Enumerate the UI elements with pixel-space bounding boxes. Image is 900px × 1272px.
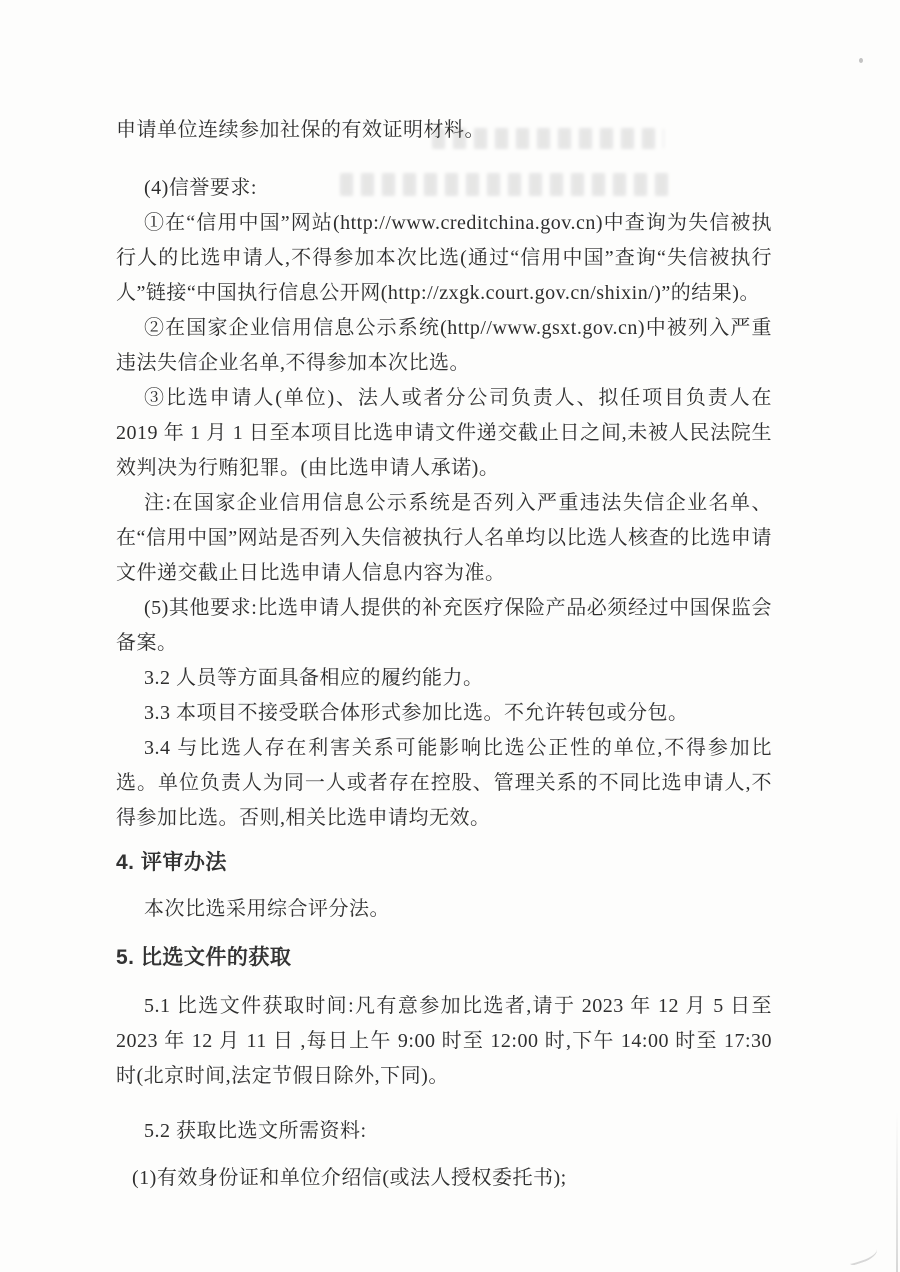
paragraph-evaluation-method: 本次比选采用综合评分法。 [116,892,772,927]
paragraph-clause-5-1: 5.1 比选文件获取时间:凡有意参加比选者,请于 2023 年 12 月 5 日… [116,989,772,1094]
paragraph-clause-5-2-item-1: (1)有效身份证和单位介绍信(或法人授权委托书); [116,1161,772,1196]
heading-5-document-acquisition: 5. 比选文件的获取 [116,943,772,973]
paragraph-clause-5-2: 5.2 获取比选文所需资料: [116,1114,772,1149]
paragraph-social-insurance-proof: 申请单位连续参加社保的有效证明材料。 [116,113,772,148]
paragraph-credit-requirements-title: (4)信誉要求: [116,171,772,206]
scan-speck-artifact [859,58,863,63]
paragraph-clause-3-4: 3.4 与比选人存在利害关系可能影响比选公正性的单位,不得参加比选。单位负责人为… [116,731,772,836]
paragraph-bribery-clause: ③比选申请人(单位)、法人或者分公司负责人、拟任项目负责人在 2019 年 1 … [116,381,772,486]
pencil-mark-artifact [847,1244,880,1267]
paragraph-clause-3-2: 3.2 人员等方面具备相应的履约能力。 [116,661,772,696]
paragraph-gsxt-clause: ②在国家企业信用信息公示系统(http//www.gsxt.gov.cn)中被列… [116,311,772,381]
paragraph-credit-china-clause: ①在“信用中国”网站(http://www.creditchina.gov.cn… [116,206,772,311]
document-content: 申请单位连续参加社保的有效证明材料。 (4)信誉要求: ①在“信用中国”网站(h… [116,113,772,1196]
document-page: 申请单位连续参加社保的有效证明材料。 (4)信誉要求: ①在“信用中国”网站(h… [0,0,900,1272]
paragraph-other-requirements: (5)其他要求:比选申请人提供的补充医疗保险产品必须经过中国保监会备案。 [116,591,772,661]
heading-4-evaluation-method: 4. 评审办法 [116,848,772,878]
paragraph-clause-3-3: 3.3 本项目不接受联合体形式参加比选。不允许转包或分包。 [116,696,772,731]
scan-edge-shadow [896,1112,898,1272]
paragraph-note-clause: 注:在国家企业信用信息公示系统是否列入严重违法失信企业名单、在“信用中国”网站是… [116,486,772,591]
